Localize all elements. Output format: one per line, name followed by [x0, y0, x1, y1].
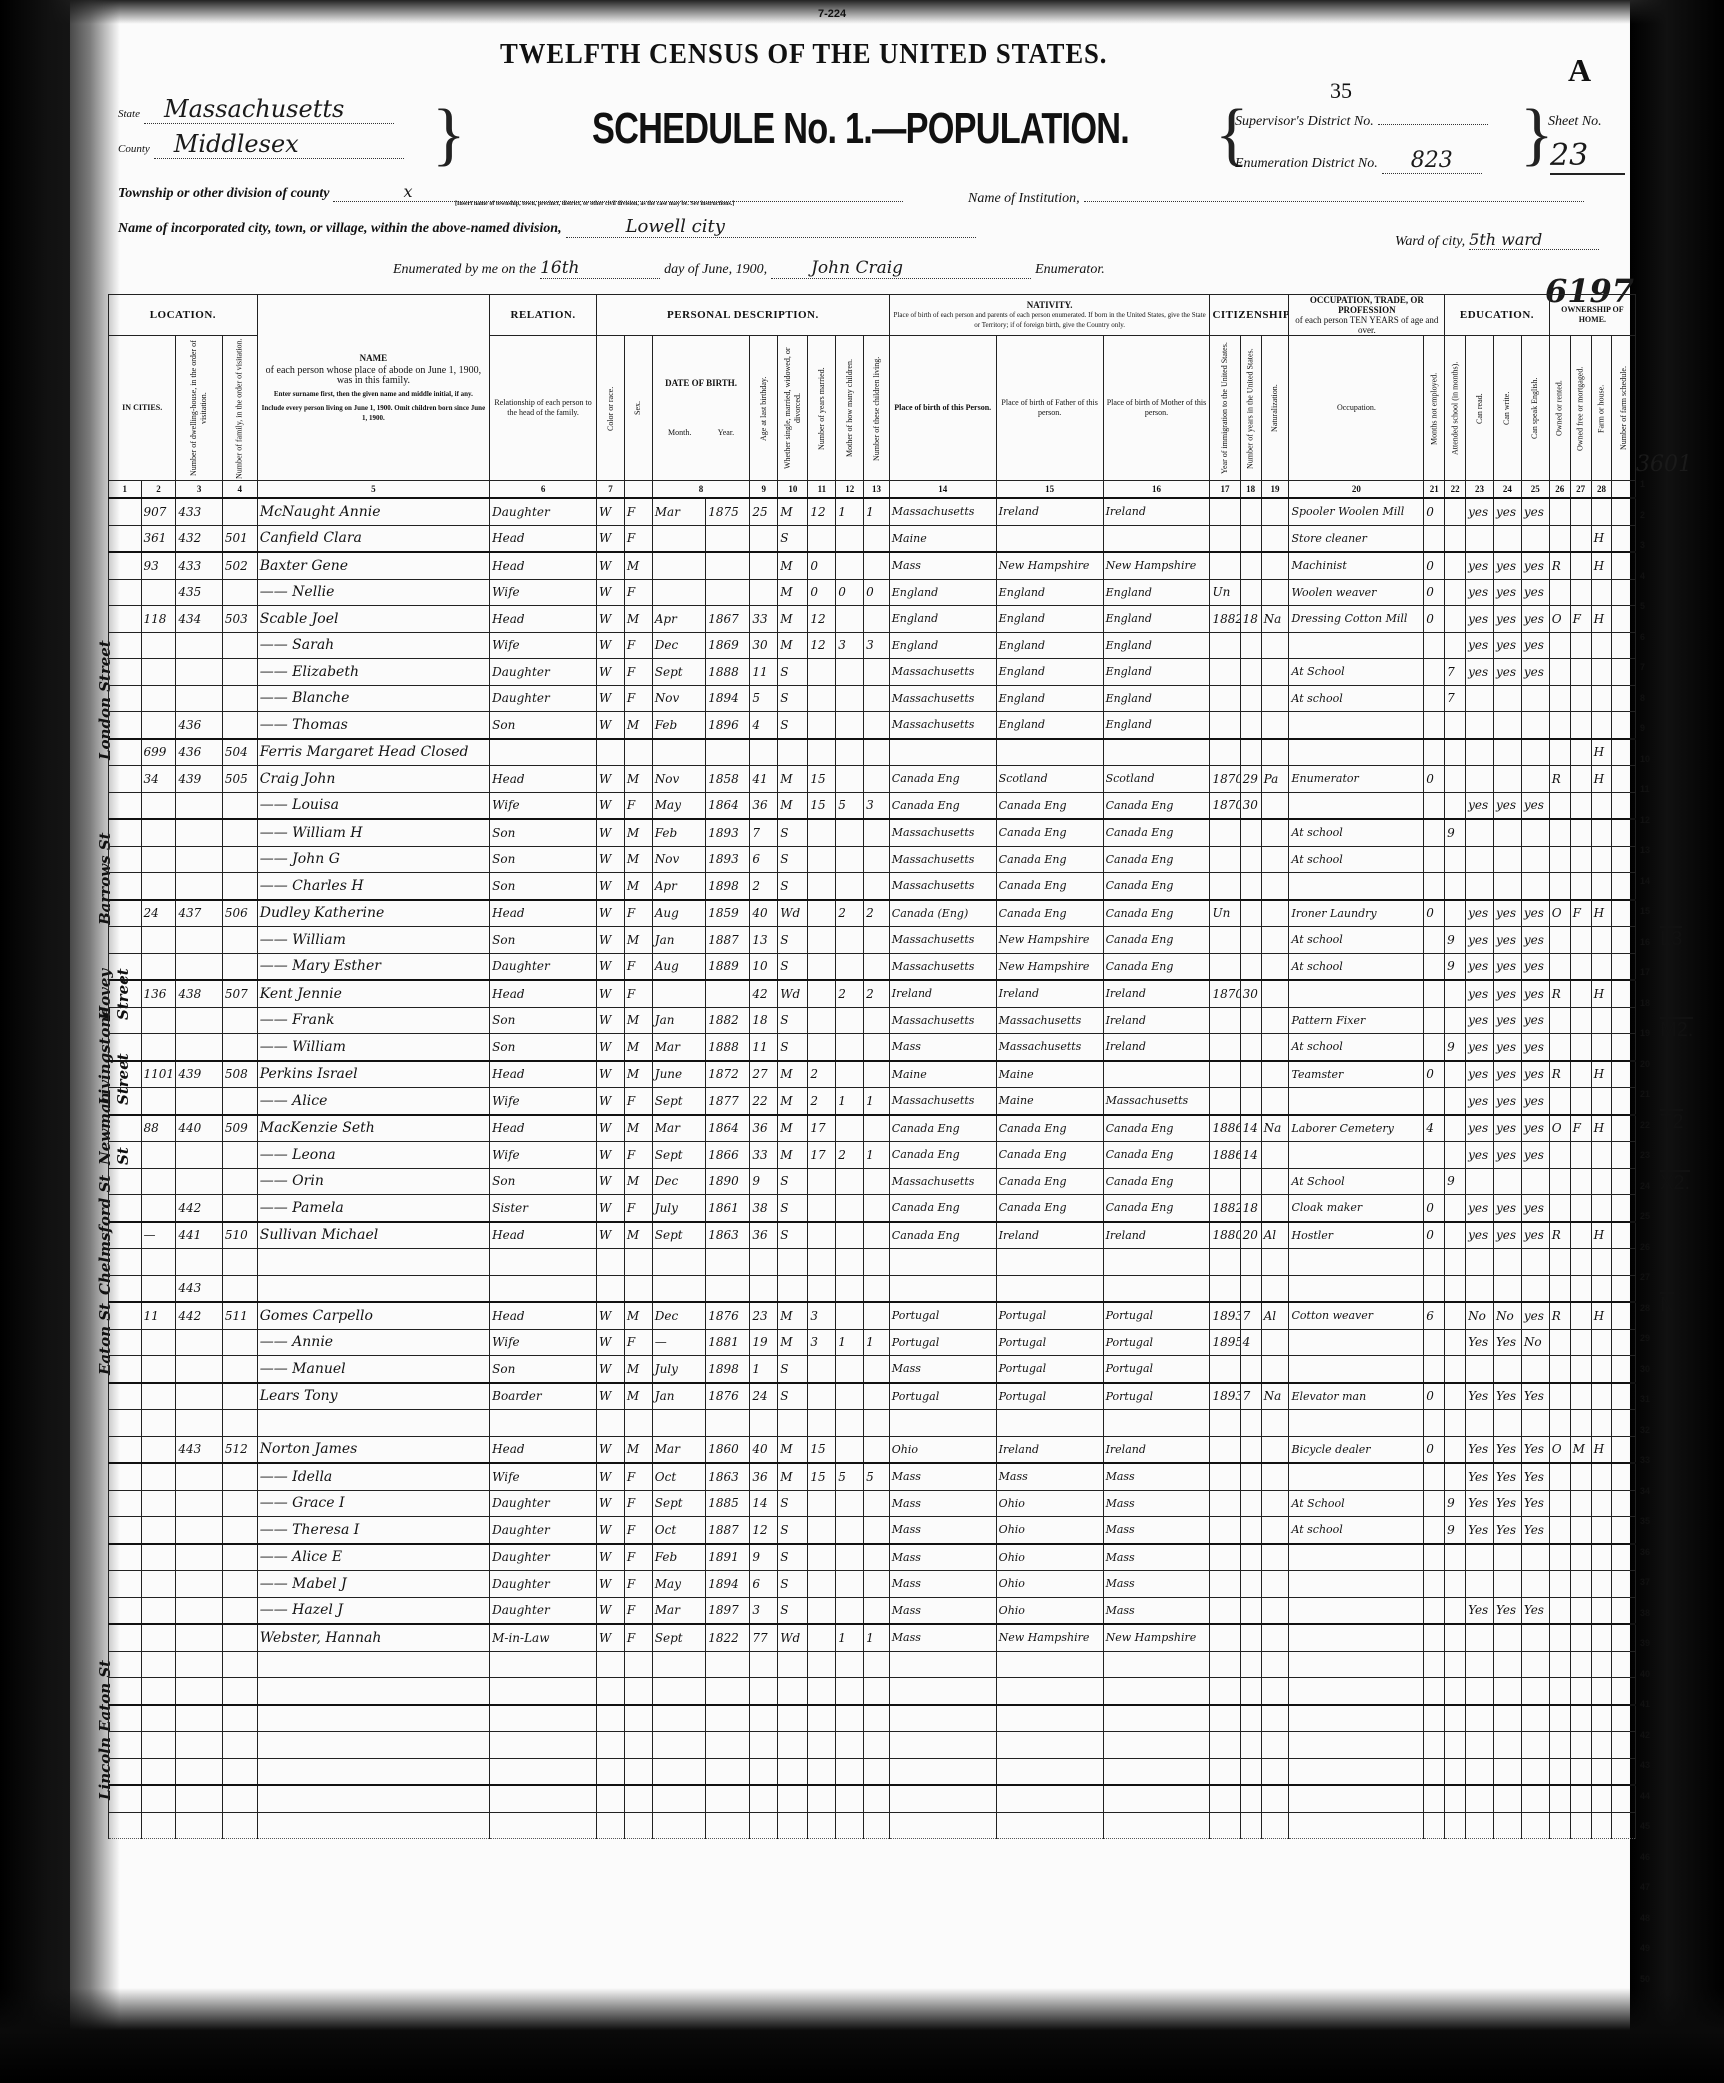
- years-in-us-cell[interactable]: 29: [1240, 766, 1261, 793]
- street-cell[interactable]: [109, 873, 142, 900]
- color-race-cell[interactable]: W: [597, 685, 625, 712]
- house-number-cell[interactable]: [141, 953, 176, 980]
- sex-cell[interactable]: M: [624, 1115, 652, 1142]
- mother-of-children-cell[interactable]: [836, 1597, 864, 1624]
- years-married-cell[interactable]: [808, 1597, 836, 1624]
- birthplace-mother-cell[interactable]: Canada Eng: [1103, 927, 1210, 954]
- dwelling-number-cell[interactable]: [176, 1142, 222, 1169]
- house-number-cell[interactable]: [141, 579, 176, 606]
- immigration-year-cell[interactable]: 1893: [1210, 1383, 1240, 1410]
- occupation-cell[interactable]: At School: [1289, 1490, 1424, 1517]
- birthplace-father-cell[interactable]: New Hampshire: [996, 1624, 1103, 1651]
- can-write-cell[interactable]: yes: [1493, 632, 1521, 659]
- house-number-cell[interactable]: [141, 1007, 176, 1034]
- children-living-cell[interactable]: 1: [864, 1142, 890, 1169]
- occupation-cell[interactable]: [1289, 1356, 1424, 1383]
- years-married-cell[interactable]: [808, 846, 836, 873]
- birthplace-person-cell[interactable]: Mass: [889, 1463, 996, 1490]
- farm-house-cell[interactable]: [1591, 1758, 1612, 1785]
- birthplace-father-cell[interactable]: Ireland: [996, 1436, 1103, 1463]
- birthplace-father-cell[interactable]: England: [996, 632, 1103, 659]
- owned-rented-cell[interactable]: [1549, 685, 1570, 712]
- birth-month-cell[interactable]: Apr: [652, 606, 705, 633]
- occupation-cell[interactable]: [1289, 1142, 1424, 1169]
- age-cell[interactable]: 19: [750, 1329, 778, 1356]
- owned-rented-cell[interactable]: [1549, 1571, 1570, 1598]
- immigration-year-cell[interactable]: [1210, 1544, 1240, 1571]
- free-mortgaged-cell[interactable]: M: [1570, 1436, 1591, 1463]
- mother-of-children-cell[interactable]: 2: [836, 980, 864, 1007]
- person-name-cell[interactable]: McNaught Annie: [257, 498, 489, 525]
- color-race-cell[interactable]: [597, 1758, 625, 1785]
- can-speak-english-cell[interactable]: yes: [1521, 953, 1549, 980]
- months-unemployed-cell[interactable]: 0: [1424, 1222, 1445, 1249]
- institution-value[interactable]: [1084, 201, 1584, 202]
- can-write-cell[interactable]: yes: [1493, 579, 1521, 606]
- owned-rented-cell[interactable]: [1549, 1383, 1570, 1410]
- children-living-cell[interactable]: [864, 1758, 890, 1785]
- can-speak-english-cell[interactable]: Yes: [1521, 1463, 1549, 1490]
- person-name-cell[interactable]: Craig John: [257, 766, 489, 793]
- street-cell[interactable]: [109, 1544, 142, 1571]
- birthplace-father-cell[interactable]: [996, 1705, 1103, 1732]
- farm-schedule-cell[interactable]: [1612, 1571, 1636, 1598]
- can-read-cell[interactable]: yes: [1466, 1088, 1494, 1115]
- house-number-cell[interactable]: [141, 1812, 176, 1839]
- birthplace-person-cell[interactable]: Massachusetts: [889, 953, 996, 980]
- farm-schedule-cell[interactable]: [1612, 927, 1636, 954]
- age-cell[interactable]: 25: [750, 498, 778, 525]
- naturalization-cell[interactable]: [1261, 1275, 1289, 1302]
- relationship-cell[interactable]: Daughter: [490, 659, 597, 686]
- months-unemployed-cell[interactable]: 0: [1424, 498, 1445, 525]
- color-race-cell[interactable]: [597, 1651, 625, 1678]
- attended-school-cell[interactable]: [1445, 1732, 1466, 1759]
- immigration-year-cell[interactable]: [1210, 1061, 1240, 1088]
- attended-school-cell[interactable]: [1445, 980, 1466, 1007]
- farm-schedule-cell[interactable]: [1612, 579, 1636, 606]
- person-name-cell[interactable]: [257, 1785, 489, 1812]
- family-number-cell[interactable]: [222, 1597, 257, 1624]
- naturalization-cell[interactable]: [1261, 1651, 1289, 1678]
- owned-rented-cell[interactable]: [1549, 1034, 1570, 1061]
- birthplace-person-cell[interactable]: Massachusetts: [889, 1007, 996, 1034]
- person-name-cell[interactable]: —— William: [257, 927, 489, 954]
- can-speak-english-cell[interactable]: [1521, 1168, 1549, 1195]
- dwelling-number-cell[interactable]: 443: [176, 1275, 222, 1302]
- months-unemployed-cell[interactable]: [1424, 819, 1445, 846]
- house-number-cell[interactable]: [141, 1732, 176, 1759]
- owned-rented-cell[interactable]: [1549, 1329, 1570, 1356]
- mother-of-children-cell[interactable]: [836, 766, 864, 793]
- relationship-cell[interactable]: [490, 1410, 597, 1437]
- can-speak-english-cell[interactable]: [1521, 766, 1549, 793]
- can-read-cell[interactable]: yes: [1466, 659, 1494, 686]
- dwelling-number-cell[interactable]: [176, 1597, 222, 1624]
- immigration-year-cell[interactable]: 1870: [1210, 980, 1240, 1007]
- farm-house-cell[interactable]: [1591, 1383, 1612, 1410]
- years-in-us-cell[interactable]: [1240, 1356, 1261, 1383]
- dwelling-number-cell[interactable]: 441: [176, 1222, 222, 1249]
- birth-month-cell[interactable]: Mar: [652, 1436, 705, 1463]
- marital-status-cell[interactable]: S: [778, 1544, 808, 1571]
- color-race-cell[interactable]: W: [597, 1222, 625, 1249]
- sex-cell[interactable]: F: [624, 632, 652, 659]
- street-cell[interactable]: [109, 1517, 142, 1544]
- can-speak-english-cell[interactable]: Yes: [1521, 1597, 1549, 1624]
- street-cell[interactable]: [109, 632, 142, 659]
- birthplace-person-cell[interactable]: Canada (Eng): [889, 900, 996, 927]
- can-write-cell[interactable]: [1493, 712, 1521, 739]
- birthplace-person-cell[interactable]: Mass: [889, 1624, 996, 1651]
- birthplace-father-cell[interactable]: New Hampshire: [996, 552, 1103, 579]
- children-living-cell[interactable]: [864, 1275, 890, 1302]
- years-married-cell[interactable]: [808, 1705, 836, 1732]
- marital-status-cell[interactable]: S: [778, 819, 808, 846]
- marital-status-cell[interactable]: M: [778, 1436, 808, 1463]
- owned-rented-cell[interactable]: [1549, 1007, 1570, 1034]
- immigration-year-cell[interactable]: 1882: [1210, 606, 1240, 633]
- birthplace-mother-cell[interactable]: Portugal: [1103, 1329, 1210, 1356]
- house-number-cell[interactable]: 361: [141, 525, 176, 552]
- marital-status-cell[interactable]: Wd: [778, 1624, 808, 1651]
- can-read-cell[interactable]: yes: [1466, 900, 1494, 927]
- years-married-cell[interactable]: 17: [808, 1115, 836, 1142]
- color-race-cell[interactable]: W: [597, 1061, 625, 1088]
- naturalization-cell[interactable]: [1261, 980, 1289, 1007]
- free-mortgaged-cell[interactable]: F: [1570, 900, 1591, 927]
- street-cell[interactable]: [109, 579, 142, 606]
- street-cell[interactable]: [109, 1329, 142, 1356]
- birthplace-mother-cell[interactable]: [1103, 1249, 1210, 1276]
- birth-year-cell[interactable]: [706, 1705, 750, 1732]
- children-living-cell[interactable]: [864, 1651, 890, 1678]
- can-read-cell[interactable]: [1466, 1168, 1494, 1195]
- age-cell[interactable]: [750, 1678, 778, 1705]
- children-living-cell[interactable]: [864, 927, 890, 954]
- farm-house-cell[interactable]: [1591, 1195, 1612, 1222]
- owned-rented-cell[interactable]: [1549, 1732, 1570, 1759]
- color-race-cell[interactable]: [597, 1812, 625, 1839]
- birthplace-person-cell[interactable]: [889, 1249, 996, 1276]
- relationship-cell[interactable]: Wife: [490, 1463, 597, 1490]
- children-living-cell[interactable]: [864, 1732, 890, 1759]
- months-unemployed-cell[interactable]: 0: [1424, 1383, 1445, 1410]
- years-married-cell[interactable]: [808, 927, 836, 954]
- owned-rented-cell[interactable]: [1549, 1410, 1570, 1437]
- years-married-cell[interactable]: [808, 1168, 836, 1195]
- mother-of-children-cell[interactable]: [836, 1678, 864, 1705]
- marital-status-cell[interactable]: M: [778, 1088, 808, 1115]
- birth-month-cell[interactable]: —: [652, 1329, 705, 1356]
- can-write-cell[interactable]: yes: [1493, 953, 1521, 980]
- house-number-cell[interactable]: 118: [141, 606, 176, 633]
- relationship-cell[interactable]: Son: [490, 846, 597, 873]
- birthplace-mother-cell[interactable]: Canada Eng: [1103, 792, 1210, 819]
- occupation-cell[interactable]: [1289, 1249, 1424, 1276]
- can-read-cell[interactable]: yes: [1466, 953, 1494, 980]
- free-mortgaged-cell[interactable]: [1570, 766, 1591, 793]
- months-unemployed-cell[interactable]: 6: [1424, 1302, 1445, 1329]
- marital-status-cell[interactable]: S: [778, 525, 808, 552]
- birthplace-father-cell[interactable]: Canada Eng: [996, 1195, 1103, 1222]
- color-race-cell[interactable]: W: [597, 498, 625, 525]
- children-living-cell[interactable]: [864, 819, 890, 846]
- street-cell[interactable]: [109, 525, 142, 552]
- naturalization-cell[interactable]: [1261, 1544, 1289, 1571]
- can-write-cell[interactable]: Yes: [1493, 1463, 1521, 1490]
- birthplace-person-cell[interactable]: Portugal: [889, 1329, 996, 1356]
- street-cell[interactable]: [109, 1597, 142, 1624]
- family-number-cell[interactable]: 503: [222, 606, 257, 633]
- immigration-year-cell[interactable]: 1880: [1210, 1222, 1240, 1249]
- years-in-us-cell[interactable]: [1240, 846, 1261, 873]
- mother-of-children-cell[interactable]: 2: [836, 1142, 864, 1169]
- farm-schedule-cell[interactable]: [1612, 1732, 1636, 1759]
- mother-of-children-cell[interactable]: [836, 1785, 864, 1812]
- ward-value[interactable]: 5th ward: [1469, 230, 1599, 250]
- children-living-cell[interactable]: [864, 1168, 890, 1195]
- farm-house-cell[interactable]: [1591, 1490, 1612, 1517]
- farm-schedule-cell[interactable]: [1612, 1142, 1636, 1169]
- can-read-cell[interactable]: yes: [1466, 1115, 1494, 1142]
- person-name-cell[interactable]: [257, 1678, 489, 1705]
- owned-rented-cell[interactable]: [1549, 1356, 1570, 1383]
- dwelling-number-cell[interactable]: [176, 1249, 222, 1276]
- free-mortgaged-cell[interactable]: [1570, 498, 1591, 525]
- birth-month-cell[interactable]: [652, 1758, 705, 1785]
- mother-of-children-cell[interactable]: [836, 1571, 864, 1598]
- attended-school-cell[interactable]: 9: [1445, 927, 1466, 954]
- age-cell[interactable]: 1: [750, 1356, 778, 1383]
- birthplace-person-cell[interactable]: Mass: [889, 1597, 996, 1624]
- farm-schedule-cell[interactable]: [1612, 1115, 1636, 1142]
- occupation-cell[interactable]: Hostler: [1289, 1222, 1424, 1249]
- age-cell[interactable]: 38: [750, 1195, 778, 1222]
- street-cell[interactable]: [109, 1651, 142, 1678]
- immigration-year-cell[interactable]: [1210, 1088, 1240, 1115]
- dwelling-number-cell[interactable]: [176, 1812, 222, 1839]
- birthplace-father-cell[interactable]: Massachusetts: [996, 1007, 1103, 1034]
- birth-month-cell[interactable]: Nov: [652, 685, 705, 712]
- birthplace-father-cell[interactable]: [996, 1410, 1103, 1437]
- naturalization-cell[interactable]: [1261, 1410, 1289, 1437]
- children-living-cell[interactable]: [864, 1383, 890, 1410]
- family-number-cell[interactable]: [222, 1383, 257, 1410]
- birth-month-cell[interactable]: Dec: [652, 1302, 705, 1329]
- dwelling-number-cell[interactable]: [176, 1758, 222, 1785]
- owned-rented-cell[interactable]: [1549, 953, 1570, 980]
- birth-month-cell[interactable]: Oct: [652, 1463, 705, 1490]
- mother-of-children-cell[interactable]: [836, 1115, 864, 1142]
- years-married-cell[interactable]: [808, 685, 836, 712]
- dwelling-number-cell[interactable]: 437: [176, 900, 222, 927]
- farm-schedule-cell[interactable]: [1612, 659, 1636, 686]
- farm-schedule-cell[interactable]: [1612, 552, 1636, 579]
- street-cell[interactable]: [109, 1678, 142, 1705]
- relationship-cell[interactable]: Head: [490, 606, 597, 633]
- can-write-cell[interactable]: [1493, 873, 1521, 900]
- dwelling-number-cell[interactable]: [176, 953, 222, 980]
- color-race-cell[interactable]: [597, 1705, 625, 1732]
- can-read-cell[interactable]: Yes: [1466, 1436, 1494, 1463]
- birthplace-person-cell[interactable]: [889, 1705, 996, 1732]
- farm-schedule-cell[interactable]: [1612, 1329, 1636, 1356]
- attended-school-cell[interactable]: [1445, 1383, 1466, 1410]
- years-in-us-cell[interactable]: [1240, 632, 1261, 659]
- dwelling-number-cell[interactable]: 443: [176, 1436, 222, 1463]
- birthplace-mother-cell[interactable]: Ireland: [1103, 1034, 1210, 1061]
- attended-school-cell[interactable]: 9: [1445, 819, 1466, 846]
- naturalization-cell[interactable]: [1261, 927, 1289, 954]
- years-married-cell[interactable]: [808, 1195, 836, 1222]
- color-race-cell[interactable]: W: [597, 659, 625, 686]
- color-race-cell[interactable]: W: [597, 1034, 625, 1061]
- immigration-year-cell[interactable]: [1210, 1168, 1240, 1195]
- birth-month-cell[interactable]: Aug: [652, 953, 705, 980]
- birthplace-person-cell[interactable]: England: [889, 632, 996, 659]
- sex-cell[interactable]: [624, 1410, 652, 1437]
- naturalization-cell[interactable]: [1261, 1705, 1289, 1732]
- sex-cell[interactable]: F: [624, 1088, 652, 1115]
- birthplace-person-cell[interactable]: Maine: [889, 525, 996, 552]
- sex-cell[interactable]: F: [624, 1490, 652, 1517]
- free-mortgaged-cell[interactable]: [1570, 927, 1591, 954]
- age-cell[interactable]: 10: [750, 953, 778, 980]
- occupation-cell[interactable]: Woolen weaver: [1289, 579, 1424, 606]
- immigration-year-cell[interactable]: [1210, 659, 1240, 686]
- years-married-cell[interactable]: [808, 1034, 836, 1061]
- can-write-cell[interactable]: yes: [1493, 980, 1521, 1007]
- immigration-year-cell[interactable]: [1210, 1490, 1240, 1517]
- sex-cell[interactable]: M: [624, 873, 652, 900]
- relationship-cell[interactable]: Son: [490, 927, 597, 954]
- person-name-cell[interactable]: —— Grace I: [257, 1490, 489, 1517]
- relationship-cell[interactable]: Son: [490, 873, 597, 900]
- attended-school-cell[interactable]: [1445, 1249, 1466, 1276]
- family-number-cell[interactable]: [222, 1088, 257, 1115]
- can-write-cell[interactable]: yes: [1493, 792, 1521, 819]
- birth-month-cell[interactable]: [652, 1678, 705, 1705]
- occupation-cell[interactable]: [1289, 1544, 1424, 1571]
- free-mortgaged-cell[interactable]: [1570, 1785, 1591, 1812]
- can-speak-english-cell[interactable]: Yes: [1521, 1383, 1549, 1410]
- sex-cell[interactable]: [624, 1705, 652, 1732]
- house-number-cell[interactable]: [141, 1785, 176, 1812]
- sex-cell[interactable]: F: [624, 525, 652, 552]
- children-living-cell[interactable]: [864, 659, 890, 686]
- naturalization-cell[interactable]: Na: [1261, 1115, 1289, 1142]
- immigration-year-cell[interactable]: [1210, 552, 1240, 579]
- mother-of-children-cell[interactable]: [836, 846, 864, 873]
- years-in-us-cell[interactable]: [1240, 1061, 1261, 1088]
- street-cell[interactable]: [109, 1436, 142, 1463]
- house-number-cell[interactable]: [141, 659, 176, 686]
- street-cell[interactable]: [109, 1732, 142, 1759]
- sex-cell[interactable]: [624, 739, 652, 766]
- mother-of-children-cell[interactable]: [836, 685, 864, 712]
- county-value[interactable]: Middlesex: [154, 130, 404, 159]
- free-mortgaged-cell[interactable]: [1570, 1812, 1591, 1839]
- can-read-cell[interactable]: Yes: [1466, 1597, 1494, 1624]
- free-mortgaged-cell[interactable]: [1570, 1356, 1591, 1383]
- occupation-cell[interactable]: Bicycle dealer: [1289, 1436, 1424, 1463]
- birth-month-cell[interactable]: Sept: [652, 1624, 705, 1651]
- birth-year-cell[interactable]: 1867: [706, 606, 750, 633]
- can-speak-english-cell[interactable]: [1521, 1571, 1549, 1598]
- children-living-cell[interactable]: 2: [864, 900, 890, 927]
- birthplace-mother-cell[interactable]: [1103, 1061, 1210, 1088]
- birthplace-mother-cell[interactable]: Portugal: [1103, 1383, 1210, 1410]
- can-speak-english-cell[interactable]: yes: [1521, 792, 1549, 819]
- color-race-cell[interactable]: W: [597, 1383, 625, 1410]
- farm-house-cell[interactable]: [1591, 846, 1612, 873]
- family-number-cell[interactable]: 501: [222, 525, 257, 552]
- mother-of-children-cell[interactable]: [836, 712, 864, 739]
- birthplace-person-cell[interactable]: [889, 1812, 996, 1839]
- can-write-cell[interactable]: yes: [1493, 606, 1521, 633]
- age-cell[interactable]: 6: [750, 1571, 778, 1598]
- children-living-cell[interactable]: [864, 1436, 890, 1463]
- children-living-cell[interactable]: [864, 953, 890, 980]
- immigration-year-cell[interactable]: [1210, 927, 1240, 954]
- farm-house-cell[interactable]: [1591, 1597, 1612, 1624]
- can-write-cell[interactable]: yes: [1493, 1088, 1521, 1115]
- street-cell[interactable]: [109, 1195, 142, 1222]
- color-race-cell[interactable]: W: [597, 1436, 625, 1463]
- person-name-cell[interactable]: —— Nellie: [257, 579, 489, 606]
- relationship-cell[interactable]: Daughter: [490, 1517, 597, 1544]
- marital-status-cell[interactable]: M: [778, 632, 808, 659]
- age-cell[interactable]: 41: [750, 766, 778, 793]
- age-cell[interactable]: 30: [750, 632, 778, 659]
- can-read-cell[interactable]: yes: [1466, 606, 1494, 633]
- occupation-cell[interactable]: Elevator man: [1289, 1383, 1424, 1410]
- house-number-cell[interactable]: 93: [141, 552, 176, 579]
- naturalization-cell[interactable]: Na: [1261, 606, 1289, 633]
- birth-year-cell[interactable]: [706, 525, 750, 552]
- farm-schedule-cell[interactable]: [1612, 1195, 1636, 1222]
- years-married-cell[interactable]: [808, 1785, 836, 1812]
- marital-status-cell[interactable]: Wd: [778, 980, 808, 1007]
- person-name-cell[interactable]: Canfield Clara: [257, 525, 489, 552]
- can-write-cell[interactable]: [1493, 1732, 1521, 1759]
- mother-of-children-cell[interactable]: [836, 953, 864, 980]
- street-cell[interactable]: [109, 1061, 142, 1088]
- children-living-cell[interactable]: [864, 1678, 890, 1705]
- years-in-us-cell[interactable]: 18: [1240, 606, 1261, 633]
- birthplace-mother-cell[interactable]: Mass: [1103, 1517, 1210, 1544]
- years-in-us-cell[interactable]: [1240, 873, 1261, 900]
- birthplace-mother-cell[interactable]: [1103, 1651, 1210, 1678]
- birthplace-father-cell[interactable]: England: [996, 712, 1103, 739]
- years-in-us-cell[interactable]: [1240, 1275, 1261, 1302]
- birth-year-cell[interactable]: 1893: [706, 846, 750, 873]
- months-unemployed-cell[interactable]: 4: [1424, 1115, 1445, 1142]
- birthplace-father-cell[interactable]: Ireland: [996, 980, 1103, 1007]
- naturalization-cell[interactable]: Na: [1261, 1383, 1289, 1410]
- owned-rented-cell[interactable]: [1549, 1651, 1570, 1678]
- family-number-cell[interactable]: [222, 819, 257, 846]
- relationship-cell[interactable]: Head: [490, 1436, 597, 1463]
- birth-month-cell[interactable]: Oct: [652, 1517, 705, 1544]
- owned-rented-cell[interactable]: [1549, 498, 1570, 525]
- years-in-us-cell[interactable]: 30: [1240, 792, 1261, 819]
- birthplace-person-cell[interactable]: Canada Eng: [889, 1142, 996, 1169]
- months-unemployed-cell[interactable]: [1424, 659, 1445, 686]
- years-in-us-cell[interactable]: [1240, 1597, 1261, 1624]
- can-write-cell[interactable]: [1493, 739, 1521, 766]
